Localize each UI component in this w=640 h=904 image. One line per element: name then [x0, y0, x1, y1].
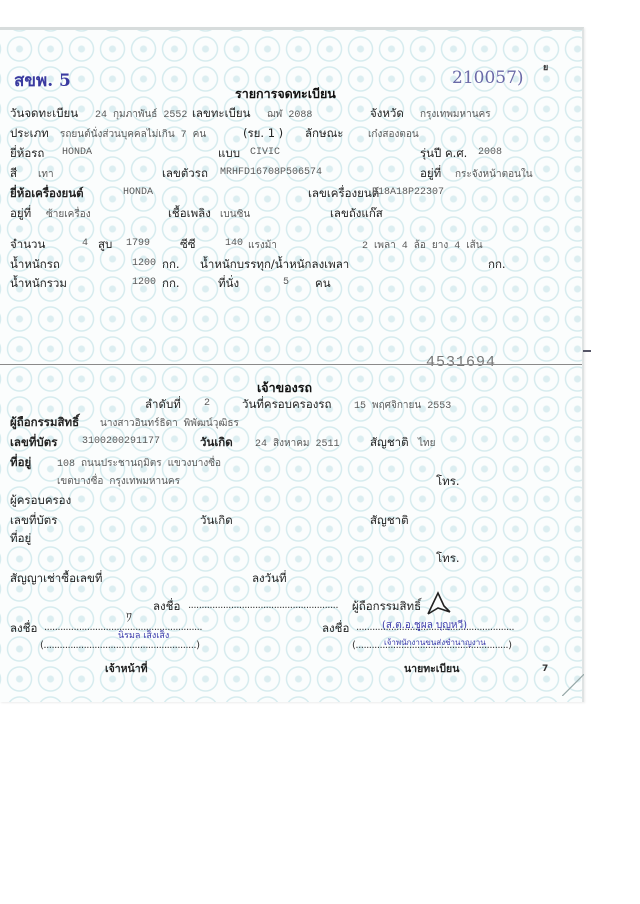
model: CIVIC	[250, 147, 280, 158]
engine-number: R18A18P22307	[372, 187, 444, 198]
page-number: 7	[542, 664, 548, 674]
gross-weight: 1200	[132, 277, 156, 288]
engine-brand: HONDA	[123, 187, 153, 198]
vehicle-type: รถยนต์นั่งส่วนบุคคลไม่เกิน 7 คน	[60, 127, 206, 142]
form-code-stamp: สขพ. 5	[14, 67, 71, 94]
holder-label: ผู้ถือกรรมสิทธิ์	[10, 414, 79, 432]
type-label: ประเภท	[10, 125, 49, 143]
possession-date: 15 พฤศจิกายน 2553	[354, 398, 451, 413]
hp-label: แรงม้า	[248, 238, 277, 253]
gross-weight-label: น้ำหนักรวม	[10, 275, 67, 293]
address-line-2: เขตบางซื่อ กรุงเทพมหานคร	[57, 474, 180, 489]
holder-sign-suffix: ผู้ถือกรรมสิทธิ์	[352, 598, 421, 616]
weight-label: น้ำหนักรถ	[10, 256, 60, 274]
registrar-name: (ส.ต.อ.ชูผล บุญหวี)	[382, 618, 467, 633]
possessor-phone-label: โทร.	[436, 550, 460, 568]
nationality-label: สัญชาติ	[370, 434, 409, 452]
holder-signature-icon	[424, 590, 454, 618]
officer-paren-line: (.......................................…	[40, 640, 200, 651]
gross-weight-unit: กก.	[162, 275, 180, 293]
gas-tank-label: เลขถังแก๊ส	[330, 205, 383, 223]
load-unit: กก.	[488, 256, 506, 274]
fold-mark	[583, 350, 591, 352]
lease-date-label: ลงวันที่	[252, 570, 287, 588]
serial-number: 4531694	[426, 354, 496, 371]
reg-date-label: วันจดทะเบียน	[10, 105, 78, 123]
owner-title: เจ้าของรถ	[257, 378, 312, 398]
order-number: 2	[204, 398, 210, 409]
seats-label: ที่นั่ง	[218, 275, 239, 293]
registrar-position: เจ้าพนักงานขนส่งชำนาญงาน	[384, 636, 486, 649]
horsepower: 140	[225, 238, 243, 249]
vehicle-weight: 1200	[132, 258, 156, 269]
seats: 5	[283, 277, 289, 288]
officer-title: เจ้าหน้าที่	[105, 660, 148, 677]
color-label: สี	[10, 165, 17, 183]
order-label: ลำดับที่	[145, 396, 181, 414]
address-line-1: 108 ถนนประชานฤมิตร แขวงบางซื่อ	[57, 456, 221, 471]
address-label: ที่อยู่	[10, 454, 31, 472]
holder-sign-line: ........................................…	[188, 600, 338, 611]
chassis-location-label: อยู่ที่	[420, 165, 441, 183]
lease-label: สัญญาเช่าซื้อเลขที่	[10, 570, 102, 588]
possessor-label: ผู้ครอบครอง	[10, 492, 71, 510]
page-corner-fold	[562, 674, 584, 696]
handwritten-number: 210057)	[452, 68, 524, 88]
engine-location-label: อยู่ที่	[10, 205, 31, 223]
cylinders: 4	[82, 238, 88, 249]
nationality: ไทย	[418, 436, 435, 451]
possessor-address-label: ที่อยู่	[10, 530, 31, 548]
plate-label: เลขทะเบียน	[192, 105, 250, 123]
birth-label: วันเกิด	[200, 434, 233, 452]
body-style: เก๋งสองตอน	[368, 127, 419, 142]
chassis-number: MRHFD16708P506574	[220, 167, 322, 178]
plate-number: ฌฬ 2088	[267, 107, 312, 122]
seats-unit: คน	[315, 275, 331, 293]
province: กรุงเทพมหานคร	[420, 107, 491, 122]
officer-initial: ﾜ	[126, 608, 132, 625]
engine-cc: 1799	[126, 238, 150, 249]
birth-date: 24 สิงหาคม 2511	[255, 436, 339, 451]
possessor-birth-label: วันเกิด	[200, 512, 233, 530]
model-year: 2008	[478, 147, 502, 158]
registrar-title: นายทะเบียน	[404, 660, 459, 677]
reg-date: 24 กุมภาพันธ์ 2552	[95, 107, 187, 122]
holder-name: นางสาวอินทร์ธิดา พิพัฒน์วุฒิธร	[100, 416, 239, 431]
weight-unit: กก.	[162, 256, 180, 274]
engine-brand-label: ยี่ห้อเครื่องยนต์	[10, 185, 84, 203]
possessor-id-label: เลขที่บัตร	[10, 512, 57, 530]
registrar-sign-label: ลงชื่อ	[322, 620, 349, 638]
possession-date-label: วันที่ครอบครองรถ	[242, 396, 332, 414]
id-label: เลขที่บัตร	[10, 434, 57, 452]
year-label: รุ่นปี ค.ศ.	[420, 145, 467, 163]
corner-mark: ย	[543, 60, 548, 74]
registration-title: รายการจดทะเบียน	[235, 84, 336, 104]
cylinders-label: สูบ	[98, 236, 112, 254]
brand-label: ยี่ห้อรถ	[10, 145, 44, 163]
vehicle-category: (รย. 1 )	[243, 125, 283, 143]
model-label: แบบ	[218, 145, 240, 163]
load-label: น้ำหนักบรรทุก/น้ำหนักลงเพลา	[200, 256, 349, 274]
province-label: จังหวัด	[370, 105, 404, 123]
fuel-label: เชื้อเพลิง	[168, 205, 211, 223]
cc-label: ซีซี	[180, 236, 196, 254]
fuel: เบนซิน	[220, 207, 250, 222]
officer-sign-label: ลงชื่อ	[10, 620, 37, 638]
chassis-location: กระจังหน้าตอนใน	[455, 167, 533, 182]
color: เทา	[38, 167, 54, 182]
phone-label: โทร.	[436, 473, 460, 491]
axles-wheels-tires: 2 เพลา 4 ล้อ ยาง 4 เส้น	[362, 238, 483, 253]
style-label: ลักษณะ	[305, 125, 343, 143]
holder-sign-label: ลงชื่อ	[153, 598, 180, 616]
chassis-label: เลขตัวรถ	[162, 165, 208, 183]
fold-line	[0, 364, 582, 365]
count-label: จำนวน	[10, 236, 45, 254]
brand: HONDA	[62, 147, 92, 158]
engine-number-label: เลขเครื่องยนต์	[308, 185, 379, 203]
engine-location: ซ้ายเครื่อง	[46, 207, 91, 222]
id-number: 3100200291177	[82, 436, 160, 447]
possessor-nationality-label: สัญชาติ	[370, 512, 409, 530]
